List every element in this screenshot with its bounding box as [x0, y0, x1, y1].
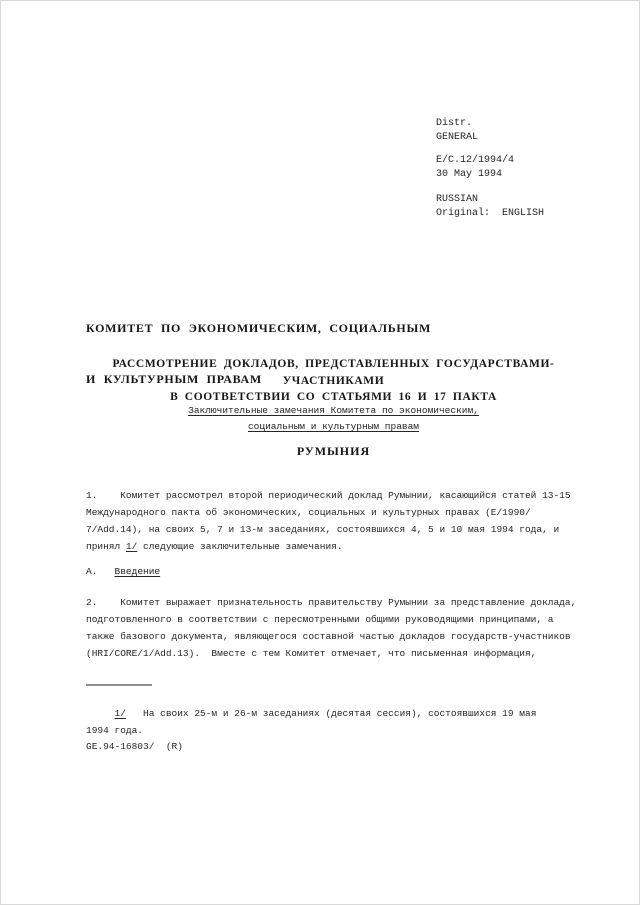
document-title-line1: РАССМОТРЕНИЕ ДОКЛАДОВ, ПРЕДСТАВЛЕННЫХ ГО… — [86, 356, 581, 389]
text-line: А. Введение — [86, 563, 584, 580]
footnote-1: 1/ На своих 25-м и 26-м заседаниях (деся… — [86, 705, 584, 739]
text-line: 2. Комитет выражает признательность прав… — [86, 594, 584, 611]
distr-label: Distr. — [436, 117, 544, 131]
paragraph-2: 2. Комитет выражает признательность прав… — [86, 594, 584, 662]
text-line: 1/ На своих 25-м и 26-м заседаниях (деся… — [86, 705, 584, 722]
distribution-block: Distr. GENERAL E/C.12/1994/4 30 May 1994… — [436, 117, 544, 220]
original-language-label: Original: ENGLISH — [436, 207, 544, 221]
text-line: 7/Add.14), на своих 5, 7 и 13-м заседани… — [86, 521, 584, 538]
text-line: Международного пакта об экономических, с… — [86, 504, 584, 521]
committee-heading-line1: КОМИТЕТ ПО ЭКОНОМИЧЕСКИМ, СОЦИАЛЬНЫМ — [86, 320, 431, 337]
country-heading: РУМЫНИЯ — [86, 444, 581, 459]
text-line: (HRI/CORE/1/Add.13). Вместе с тем Комите… — [86, 645, 584, 662]
document-subtitle-line1: Заключительные замечания Комитета по эко… — [86, 403, 581, 419]
text-line: принял 1/ следующие заключительные замеч… — [86, 538, 584, 555]
section-a-heading: А. Введение — [86, 563, 584, 580]
document-date: 30 May 1994 — [436, 168, 544, 182]
document-number: E/C.12/1994/4 — [436, 154, 544, 168]
language-label: RUSSIAN — [436, 193, 544, 207]
text-line: также базового документа, являющегося со… — [86, 628, 584, 645]
document-page: Distr. GENERAL E/C.12/1994/4 30 May 1994… — [0, 0, 640, 905]
document-title: РАССМОТРЕНИЕ ДОКЛАДОВ, ПРЕДСТАВЛЕННЫХ ГО… — [86, 356, 581, 406]
general-label: GENERAL — [436, 131, 544, 145]
document-subtitle-line2: социальным и культурным правам — [86, 419, 581, 435]
footnote-separator — [86, 684, 152, 686]
text-line: подготовленного в соответствии с пересмо… — [86, 611, 584, 628]
paragraph-1: 1. Комитет рассмотрел второй периодическ… — [86, 487, 584, 555]
text-line: 1994 года. — [86, 722, 584, 739]
text-line: 1. Комитет рассмотрел второй периодическ… — [86, 487, 584, 504]
ge-reference-number: GE.94-16803/ (R) — [86, 741, 183, 752]
document-subtitle: Заключительные замечания Комитета по эко… — [86, 403, 581, 435]
